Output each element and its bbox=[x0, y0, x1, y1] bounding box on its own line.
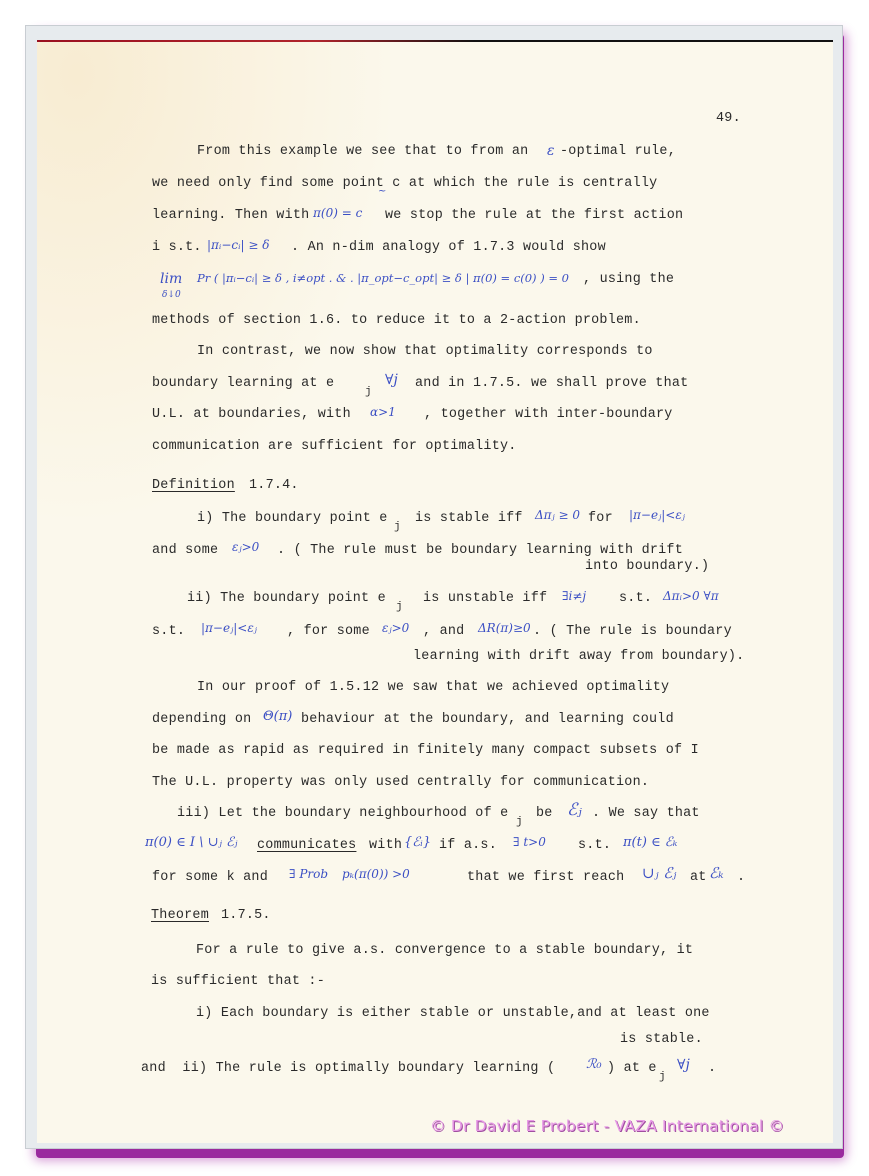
hw-pi-t-in: π(t) ∈ ℰₖ bbox=[623, 835, 677, 850]
def-i-c: for bbox=[588, 511, 613, 526]
hw-eps-j-pos: εⱼ>0 bbox=[232, 540, 259, 554]
p2-line3a: U.L. at boundaries, with bbox=[152, 407, 351, 422]
copyright-watermark: © Dr David E Probert - VAZA Internationa… bbox=[430, 1117, 784, 1135]
theorem-i: i) Each boundary is either stable or uns… bbox=[196, 1006, 710, 1021]
hw-union-E: ∪ⱼ ℰⱼ bbox=[642, 864, 676, 882]
def-i-e: . ( The rule must be boundary learning w… bbox=[277, 543, 683, 558]
def-iii-a: iii) Let the boundary neighbourhood of e bbox=[177, 806, 508, 821]
hw-pi0-in: π(0) ∈ I \ ∪ⱼ ℰⱼ bbox=[145, 835, 237, 850]
sub-j: j bbox=[365, 386, 372, 398]
sub-j: j bbox=[516, 816, 523, 828]
p1-line4b: . An n-dim analogy of 1.7.3 would show bbox=[291, 240, 606, 255]
def-i-d: and some bbox=[152, 543, 218, 558]
hw-abs-pi-e: |π−eⱼ|<εⱼ bbox=[629, 508, 685, 522]
p3-line3: be made as rapid as required in finitely… bbox=[152, 743, 699, 758]
p2-line2a: boundary learning at e bbox=[152, 376, 334, 391]
hw-eps-j-pos-2: εⱼ>0 bbox=[382, 621, 409, 635]
hw-c-tilde: ~ bbox=[378, 186, 386, 197]
hw-lim-sub: δ↓0 bbox=[162, 290, 181, 300]
def-ii-c: s.t. bbox=[619, 591, 652, 606]
page-top-edge bbox=[37, 40, 833, 42]
theorem-ii-b: ) at e bbox=[607, 1061, 657, 1076]
hw-p-k: pₖ(π(0)) >0 bbox=[342, 867, 410, 881]
sub-j: j bbox=[659, 1071, 666, 1083]
theorem-line1: For a rule to give a.s. convergence to a… bbox=[196, 943, 693, 958]
def-ii-h: learning with drift away from boundary). bbox=[413, 649, 744, 664]
p3-line2a: depending on bbox=[152, 712, 251, 727]
definition-number: 1.7.4. bbox=[249, 478, 299, 493]
def-ii-a: ii) The boundary point e bbox=[187, 591, 386, 606]
def-iii-as: if a.s. bbox=[439, 838, 497, 853]
communicates-term: communicates bbox=[257, 838, 356, 853]
def-iii-e: that we first reach bbox=[467, 870, 624, 885]
theorem-number: 1.7.5. bbox=[221, 908, 271, 923]
def-ii-b: is unstable iff bbox=[423, 591, 547, 606]
p3-line1: In our proof of 1.5.12 we saw that we ac… bbox=[197, 680, 669, 695]
p1-line5b: , using the bbox=[583, 272, 674, 287]
hw-alpha-gt-1: α>1 bbox=[370, 405, 396, 419]
sub-j: j bbox=[396, 601, 403, 613]
def-ii-f: , and bbox=[423, 624, 464, 639]
p1-line1a: From this example we see that to from an bbox=[197, 144, 528, 159]
def-ii-e: , for some bbox=[287, 624, 370, 639]
hw-prob-expr: Pr ( |πᵢ−cᵢ| ≥ δ , i≠opt . & . |π_opt−c_… bbox=[197, 271, 569, 285]
hw-forall-j: ∀j bbox=[385, 372, 398, 388]
hw-pi0-eq-c: π(0) = c bbox=[313, 206, 362, 220]
hw-E-j: ℰⱼ bbox=[567, 800, 582, 820]
theorem-ii-a: and ii) The rule is optimally boundary l… bbox=[141, 1061, 555, 1076]
p1-line3a: learning. Then with bbox=[152, 208, 309, 223]
theorem-i-cont: is stable. bbox=[620, 1032, 703, 1047]
hw-lim: lim bbox=[160, 271, 182, 287]
def-iii-b: be bbox=[536, 806, 553, 821]
hw-exists-i-ne-j: ∃i≠j bbox=[562, 589, 586, 603]
def-iii-with: with bbox=[369, 838, 402, 853]
hw-exists-t: ∃ t>0 bbox=[513, 835, 546, 849]
p1-line2: we need only find some point c at which … bbox=[152, 176, 657, 191]
sub-j: j bbox=[394, 521, 401, 533]
hw-abs-pi-c: |πᵢ−cᵢ| ≥ δ bbox=[207, 238, 269, 252]
theorem-ii-period: . bbox=[708, 1061, 716, 1076]
hw-set-E: {ℰᵢ} bbox=[404, 835, 431, 850]
p2-line3b: , together with inter-boundary bbox=[424, 407, 673, 422]
p2-line4: communication are sufficient for optimal… bbox=[152, 439, 517, 454]
p1-line6: methods of section 1.6. to reduce it to … bbox=[152, 313, 641, 328]
p2-line2b: and in 1.7.5. we shall prove that bbox=[415, 376, 688, 391]
p1-line4a: i s.t. bbox=[152, 240, 202, 255]
def-i-b: is stable iff bbox=[415, 511, 523, 526]
p3-line2b: behaviour at the boundary, and learning … bbox=[301, 712, 674, 727]
def-iii-period: . bbox=[737, 870, 745, 885]
def-iii-d: for some k and bbox=[152, 870, 268, 885]
def-iii-st: s.t. bbox=[578, 838, 611, 853]
theorem-line2: is sufficient that :- bbox=[151, 974, 325, 989]
definition-heading: Definition bbox=[152, 478, 235, 493]
hw-R0: ℛ₀ bbox=[586, 1057, 602, 1072]
def-ii-g: . ( The rule is boundary bbox=[533, 624, 732, 639]
p1-line3b: we stop the rule at the first action bbox=[385, 208, 683, 223]
hw-delta-pi-i: Δπᵢ>0 ∀π bbox=[663, 589, 719, 603]
def-iii-c: . We say that bbox=[592, 806, 700, 821]
hw-delta-pi-j: Δπⱼ ≥ 0 bbox=[535, 508, 580, 522]
p2-line1: In contrast, we now show that optimality… bbox=[197, 344, 653, 359]
theorem-heading: Theorem bbox=[151, 908, 209, 923]
def-iii-at: at bbox=[690, 870, 707, 885]
def-i-a: i) The boundary point e bbox=[197, 511, 388, 526]
hw-E-k: ℰₖ bbox=[709, 864, 724, 882]
page-number: 49. bbox=[716, 111, 741, 126]
p3-line4: The U.L. property was only used centrall… bbox=[152, 775, 649, 790]
def-i-f: into boundary.) bbox=[585, 559, 709, 574]
hw-abs-pi-e-2: |π−eⱼ|<εⱼ bbox=[201, 621, 257, 635]
hw-theta-pi: Θ(π) bbox=[263, 709, 292, 724]
hw-forall-j-2: ∀j bbox=[677, 1057, 690, 1073]
hw-epsilon: ε bbox=[547, 143, 555, 159]
hw-delta-R: ΔR(π)≥0 bbox=[478, 621, 531, 635]
def-ii-d: s.t. bbox=[152, 624, 185, 639]
p1-line1b: -optimal rule, bbox=[560, 144, 676, 159]
hw-exists-prob: ∃ Prob bbox=[289, 867, 328, 881]
